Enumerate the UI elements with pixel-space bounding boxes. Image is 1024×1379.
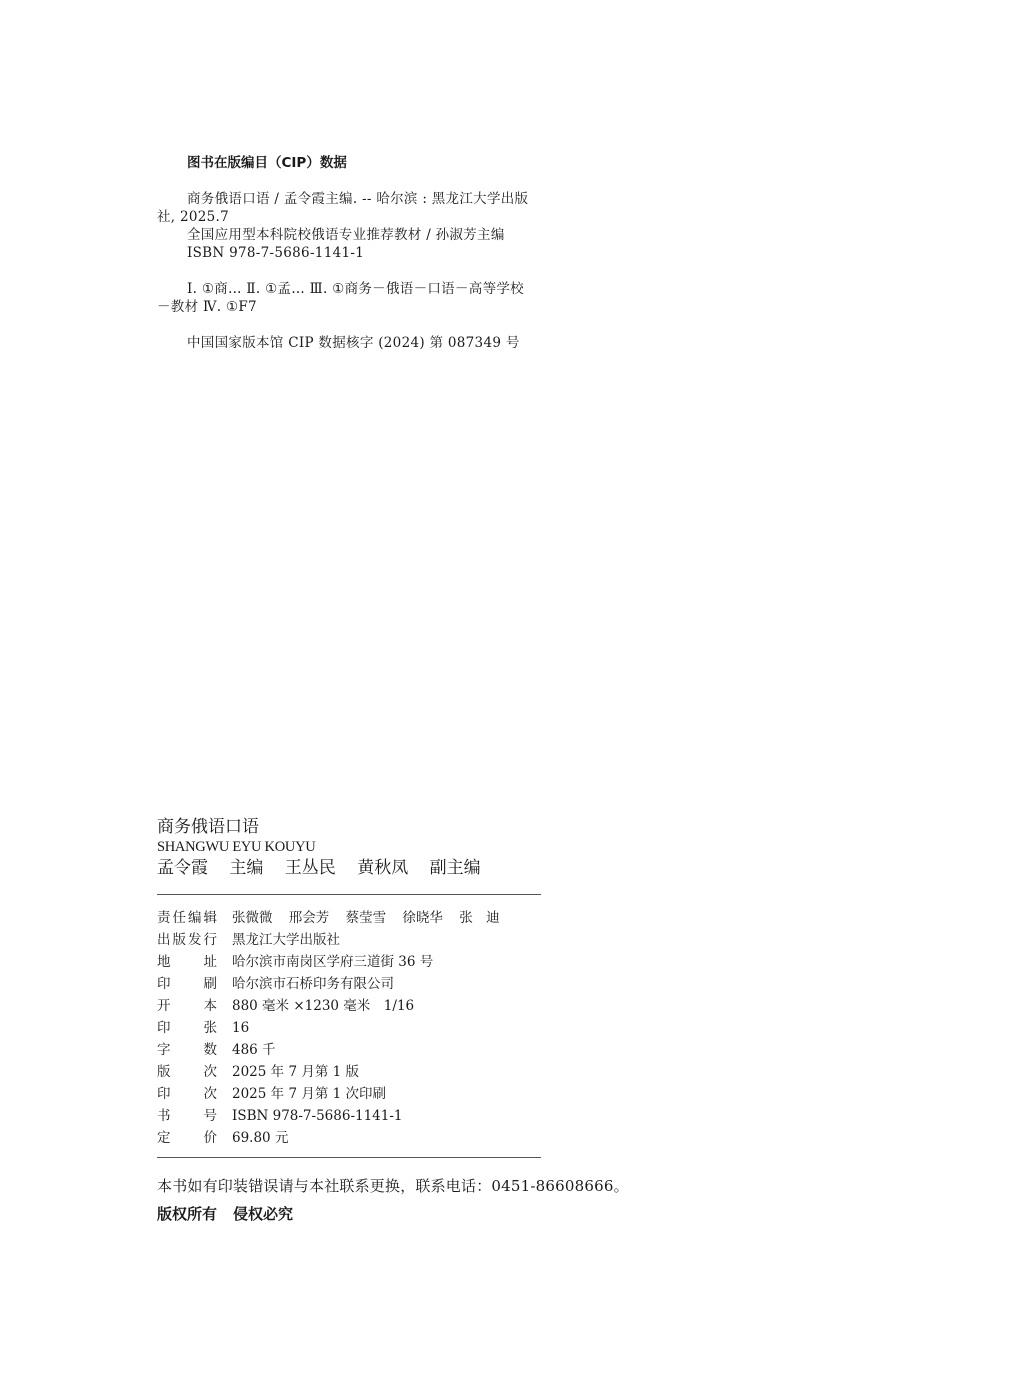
editor-name: 徐晓华 <box>402 910 443 926</box>
book-editors: 孟令霞 主编 王丛民 黄秋凤 副主编 <box>157 856 541 880</box>
info-value: 2025 年 7 月第 1 次印刷 <box>232 1083 386 1105</box>
book-title: 商务俄语口语 <box>157 816 541 838</box>
info-value: 486 千 <box>232 1039 276 1061</box>
info-value: 16 <box>232 1017 249 1039</box>
divider-top <box>157 894 541 895</box>
book-pinyin-title: SHANGWU EYU KOUYU <box>157 838 541 856</box>
cip-title: 图书在版编目（CIP）数据 <box>157 154 537 172</box>
info-row-publisher: 出版发行 黑龙江大学出版社 <box>157 929 541 951</box>
info-value: 880 毫米 ×1230 毫米 1/16 <box>232 995 414 1017</box>
info-row-word-count: 字数 486 千 <box>157 1039 541 1061</box>
info-label: 开本 <box>157 995 217 1017</box>
editor-name: 张 迪 <box>459 910 500 926</box>
info-label: 印张 <box>157 1017 217 1039</box>
info-value: ISBN 978-7-5686-1141-1 <box>232 1105 403 1127</box>
info-row-format: 开本 880 毫米 ×1230 毫米 1/16 <box>157 995 541 1017</box>
info-row-printer: 印刷 哈尔滨市石桥印务有限公司 <box>157 973 541 995</box>
info-row-printing: 印次 2025 年 7 月第 1 次印刷 <box>157 1083 541 1105</box>
chief-editor-name: 孟令霞 <box>157 858 208 878</box>
info-row-responsible-editors: 责任编辑 张微微 邢会芳 蔡莹雪 徐晓华 张 迪 <box>157 907 541 929</box>
cip-classification-line: Ⅰ. ①商… Ⅱ. ①孟… Ⅲ. ①商务－俄语－口语－高等学校－教材 Ⅳ. ①F… <box>157 280 537 316</box>
footer-notice: 本书如有印装错误请与本社联系更换，联系电话：0451-86608666。 版权所… <box>157 1175 629 1225</box>
info-label: 书号 <box>157 1105 217 1127</box>
cip-isbn-line: ISBN 978-7-5686-1141-1 <box>157 244 537 262</box>
colophon-block: 商务俄语口语 SHANGWU EYU KOUYU 孟令霞 主编 王丛民 黄秋凤 … <box>157 816 541 1158</box>
copyright-notice: 版权所有侵权必究 <box>157 1203 629 1225</box>
info-label: 版次 <box>157 1061 217 1083</box>
deputy-editor-role: 副主编 <box>430 858 481 878</box>
infringement-notice: 侵权必究 <box>233 1205 293 1223</box>
info-label: 印次 <box>157 1083 217 1105</box>
info-row-price: 定价 69.80 元 <box>157 1127 541 1149</box>
chief-editor-role: 主编 <box>229 858 263 878</box>
info-value: 69.80 元 <box>232 1127 288 1149</box>
deputy-editor-name: 王丛民 <box>285 858 336 878</box>
replacement-notice: 本书如有印装错误请与本社联系更换，联系电话：0451-86608666。 <box>157 1175 629 1197</box>
info-row-isbn: 书号 ISBN 978-7-5686-1141-1 <box>157 1105 541 1127</box>
cip-series-line: 全国应用型本科院校俄语专业推荐教材 / 孙淑芳主编 <box>157 226 537 244</box>
editor-name: 邢会芳 <box>289 910 330 926</box>
info-value: 2025 年 7 月第 1 版 <box>232 1061 359 1083</box>
info-value: 黑龙江大学出版社 <box>232 929 340 951</box>
info-row-edition: 版次 2025 年 7 月第 1 版 <box>157 1061 541 1083</box>
info-row-address: 地址 哈尔滨市南岗区学府三道街 36 号 <box>157 951 541 973</box>
editor-name: 蔡莹雪 <box>346 910 387 926</box>
cip-entry-title-line: 商务俄语口语 / 孟令霞主编. -- 哈尔滨 : 黑龙江大学出版社, 2025.… <box>157 190 537 226</box>
deputy-editor-name: 黄秋凤 <box>357 858 408 878</box>
info-row-sheets: 印张 16 <box>157 1017 541 1039</box>
info-label: 出版发行 <box>157 929 217 951</box>
info-label: 责任编辑 <box>157 907 217 929</box>
cip-record-number-line: 中国国家版本馆 CIP 数据核字 (2024) 第 087349 号 <box>157 334 537 352</box>
all-rights-reserved: 版权所有 <box>157 1205 217 1223</box>
info-label: 印刷 <box>157 973 217 995</box>
info-value: 哈尔滨市石桥印务有限公司 <box>232 973 394 995</box>
info-label: 地址 <box>157 951 217 973</box>
info-label: 字数 <box>157 1039 217 1061</box>
cip-data-block: 图书在版编目（CIP）数据 商务俄语口语 / 孟令霞主编. -- 哈尔滨 : 黑… <box>157 154 537 352</box>
info-label: 定价 <box>157 1127 217 1149</box>
divider-bottom <box>157 1157 541 1158</box>
info-value: 张微微 邢会芳 蔡莹雪 徐晓华 张 迪 <box>232 907 512 929</box>
editor-name: 张微微 <box>232 910 273 926</box>
info-value: 哈尔滨市南岗区学府三道街 36 号 <box>232 951 433 973</box>
